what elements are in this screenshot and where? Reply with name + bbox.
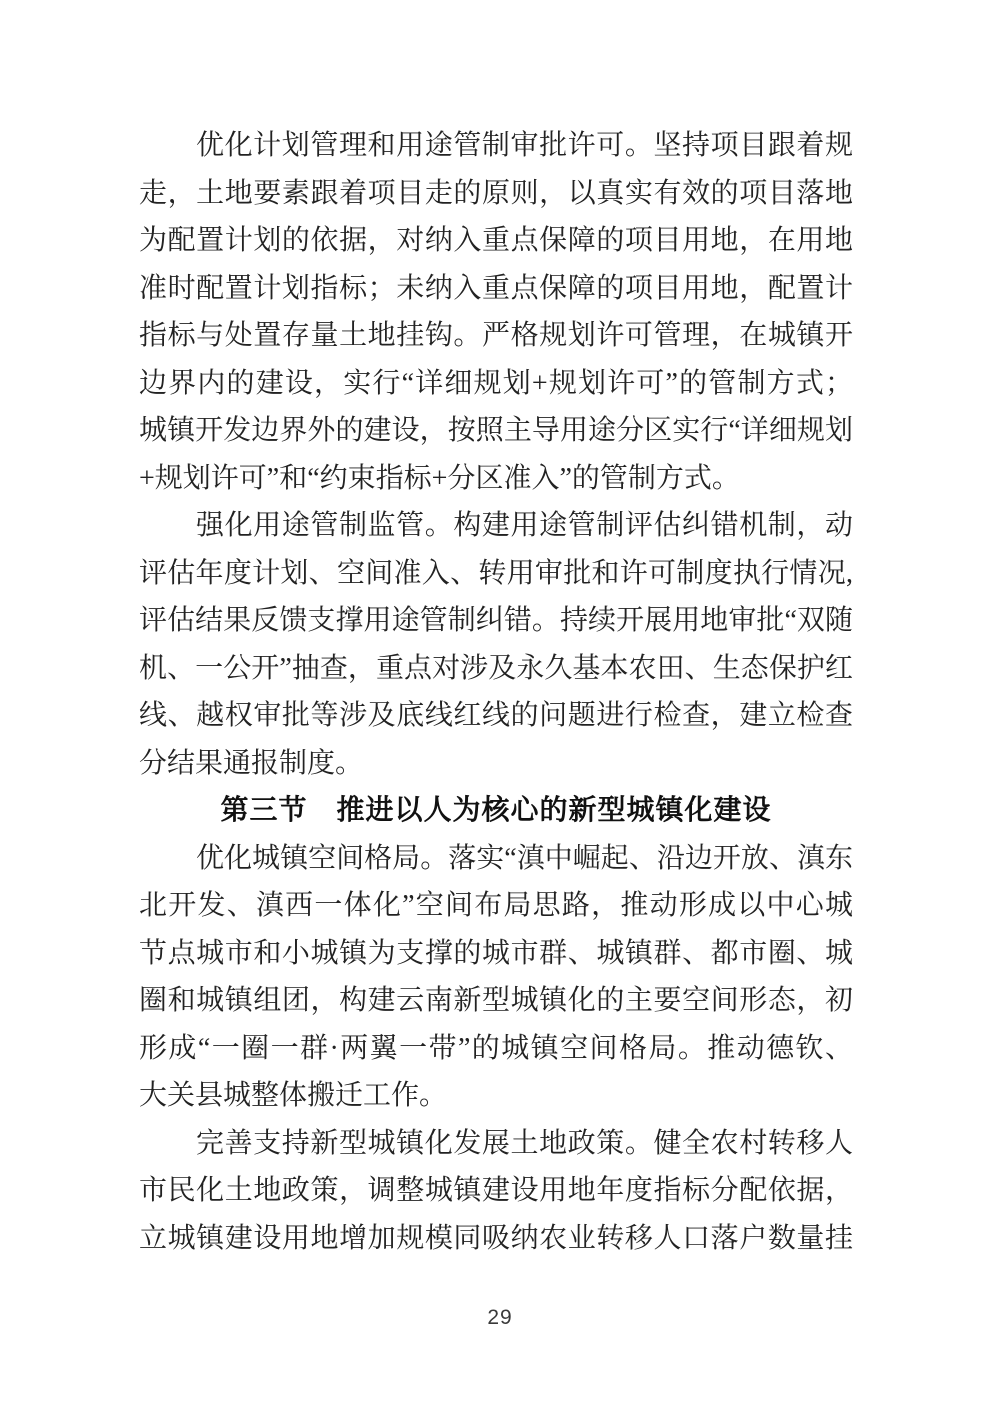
section-heading: 第三节 推进以人为核心的新型城镇化建设 <box>139 787 853 835</box>
body-text-line: 指标与处置存量土地挂钩。严格规划许可管理，在城镇开发 <box>139 312 853 360</box>
body-text-line: 强化用途管制监管。构建用途管制评估纠错机制，动态 <box>139 502 853 550</box>
body-text-line: 市民化土地政策，调整城镇建设用地年度指标分配依据，建 <box>139 1167 853 1215</box>
page-number: 29 <box>487 1306 512 1329</box>
body-text-line: 评估年度计划、空间准入、转用审批和许可制度执行情况, <box>139 550 853 598</box>
body-text-line: 准时配置计划指标；未纳入重点保障的项目用地，配置计划 <box>139 265 853 313</box>
body-text-line: 优化城镇空间格局。落实“滇中崛起、沿边开放、滇东 <box>139 835 853 883</box>
body-text-line: 北开发、滇西一体化”空间布局思路，推动形成以中心城市、 <box>139 882 853 930</box>
document-body: 优化计划管理和用途管制审批许可。坚持项目跟着规划走，土地要素跟着项目走的原则，以… <box>139 122 853 1262</box>
body-text-line: 完善支持新型城镇化发展土地政策。健全农村转移人口 <box>139 1120 853 1168</box>
page-footer: 29 <box>0 1306 1000 1330</box>
body-text-line: 为配置计划的依据，对纳入重点保障的项目用地，在用地批 <box>139 217 853 265</box>
body-text-line: 边界内的建设，实行“详细规划+规划许可”的管制方式； <box>139 360 853 408</box>
body-text-line: 圈和城镇组团，构建云南新型城镇化的主要空间形态，初步 <box>139 977 853 1025</box>
body-text-line: 节点城市和小城镇为支撑的城市群、城镇群、都市圈、城镇 <box>139 930 853 978</box>
body-text-line: 机、一公开”抽查，重点对涉及永久基本农田、生态保护红 <box>139 645 853 693</box>
body-text-line: 走，土地要素跟着项目走的原则，以真实有效的项目落地作 <box>139 170 853 218</box>
body-text-line: 大关县城整体搬迁工作。 <box>139 1072 853 1120</box>
body-text-line: 分结果通报制度。 <box>139 740 853 788</box>
body-text-line: 城镇开发边界外的建设，按照主导用途分区实行“详细规划 <box>139 407 853 455</box>
body-text-line: 形成“一圈一群·两翼一带”的城镇空间格局。推动德钦、 <box>139 1025 853 1073</box>
document-page: 优化计划管理和用途管制审批许可。坚持项目跟着规划走，土地要素跟着项目走的原则，以… <box>0 0 1000 1413</box>
body-text-line: 优化计划管理和用途管制审批许可。坚持项目跟着规划 <box>139 122 853 170</box>
body-text-line: 评估结果反馈支撑用途管制纠错。持续开展用地审批“双随 <box>139 597 853 645</box>
body-text-line: +规划许可”和“约束指标+分区准入”的管制方式。 <box>139 455 853 503</box>
body-text-line: 线、越权审批等涉及底线红线的问题进行检查，建立检查评 <box>139 692 853 740</box>
body-text-line: 立城镇建设用地增加规模同吸纳农业转移人口落户数量挂 <box>139 1215 853 1263</box>
